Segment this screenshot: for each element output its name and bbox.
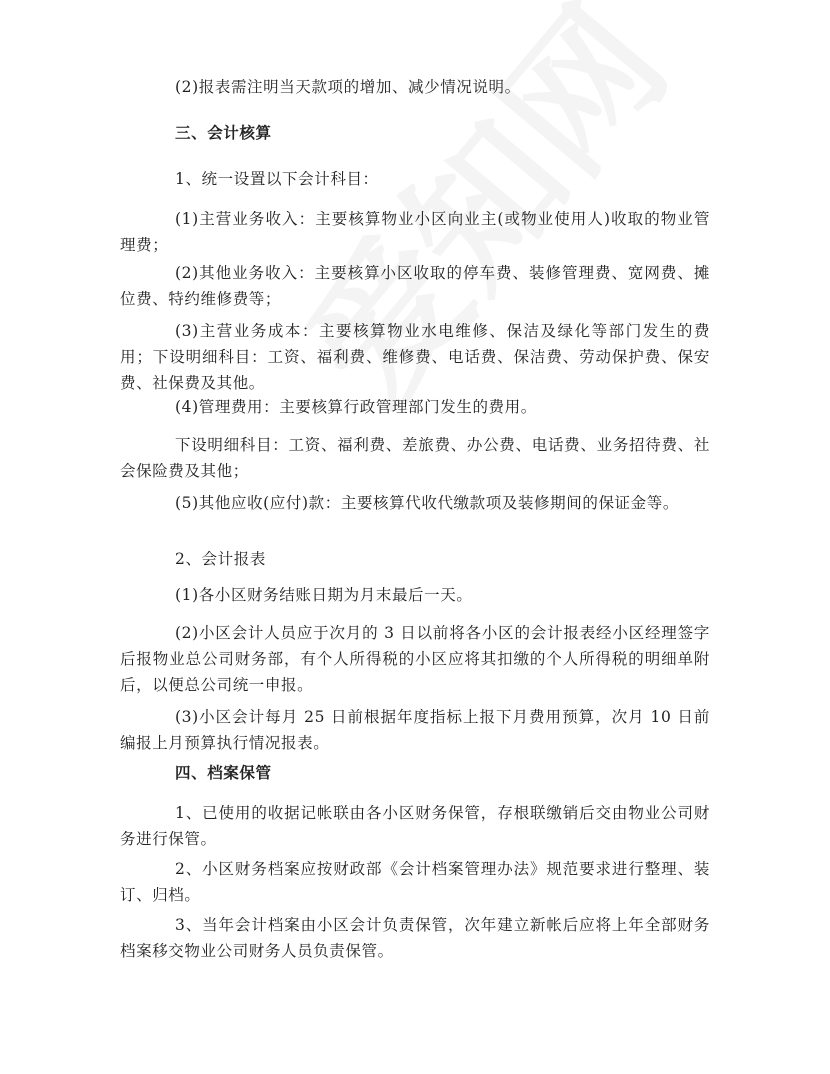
paragraph: 3、当年会计档案由小区会计负责保管，次年建立新帐后应将上年全部财务档案移交物业公… [120,912,710,964]
document-page: 爱知网 (2)报表需注明当天款项的增加、减少情况说明。 三、会计核算 1、统一设… [0,0,830,1074]
paragraph: 2、小区财务档案应按财政部《会计档案管理办法》规范要求进行整理、装订、归档。 [120,856,710,908]
section-heading-4: 四、档案保管 [120,760,710,786]
paragraph: (2)小区会计人员应于次月的 3 日以前将各小区的会计报表经小区经理签字后报物业… [120,620,710,698]
paragraph: (5)其他应收(应付)款：主要核算代收代缴款项及装修期间的保证金等。 [120,490,710,516]
paragraph: (1)各小区财务结账日期为月末最后一天。 [120,582,710,608]
paragraph: (4)管理费用：主要核算行政管理部门发生的费用。 [120,394,710,420]
paragraph: (3)主营业务成本：主要核算物业水电维修、保洁及绿化等部门发生的费用；下设明细科… [120,318,710,396]
paragraph: 下设明细科目：工资、福利费、差旅费、办公费、电话费、业务招待费、社会保险费及其他… [120,432,710,484]
paragraph: 1、已使用的收据记帐联由各小区财务保管，存根联缴销后交由物业公司财务进行保管。 [120,800,710,852]
paragraph: (2)报表需注明当天款项的增加、减少情况说明。 [120,74,710,100]
paragraph: 1、统一设置以下会计科目： [120,166,710,192]
paragraph: 2、会计报表 [120,546,710,572]
paragraph: (2)其他业务收入：主要核算小区收取的停车费、装修管理费、宽网费、摊位费、特约维… [120,260,710,312]
paragraph: (3)小区会计每月 25 日前根据年度指标上报下月费用预算，次月 10 日前编报… [120,704,710,756]
section-heading-3: 三、会计核算 [120,120,710,146]
paragraph: (1)主营业务收入：主要核算物业小区向业主(或物业使用人)收取的物业管理费； [120,206,710,258]
